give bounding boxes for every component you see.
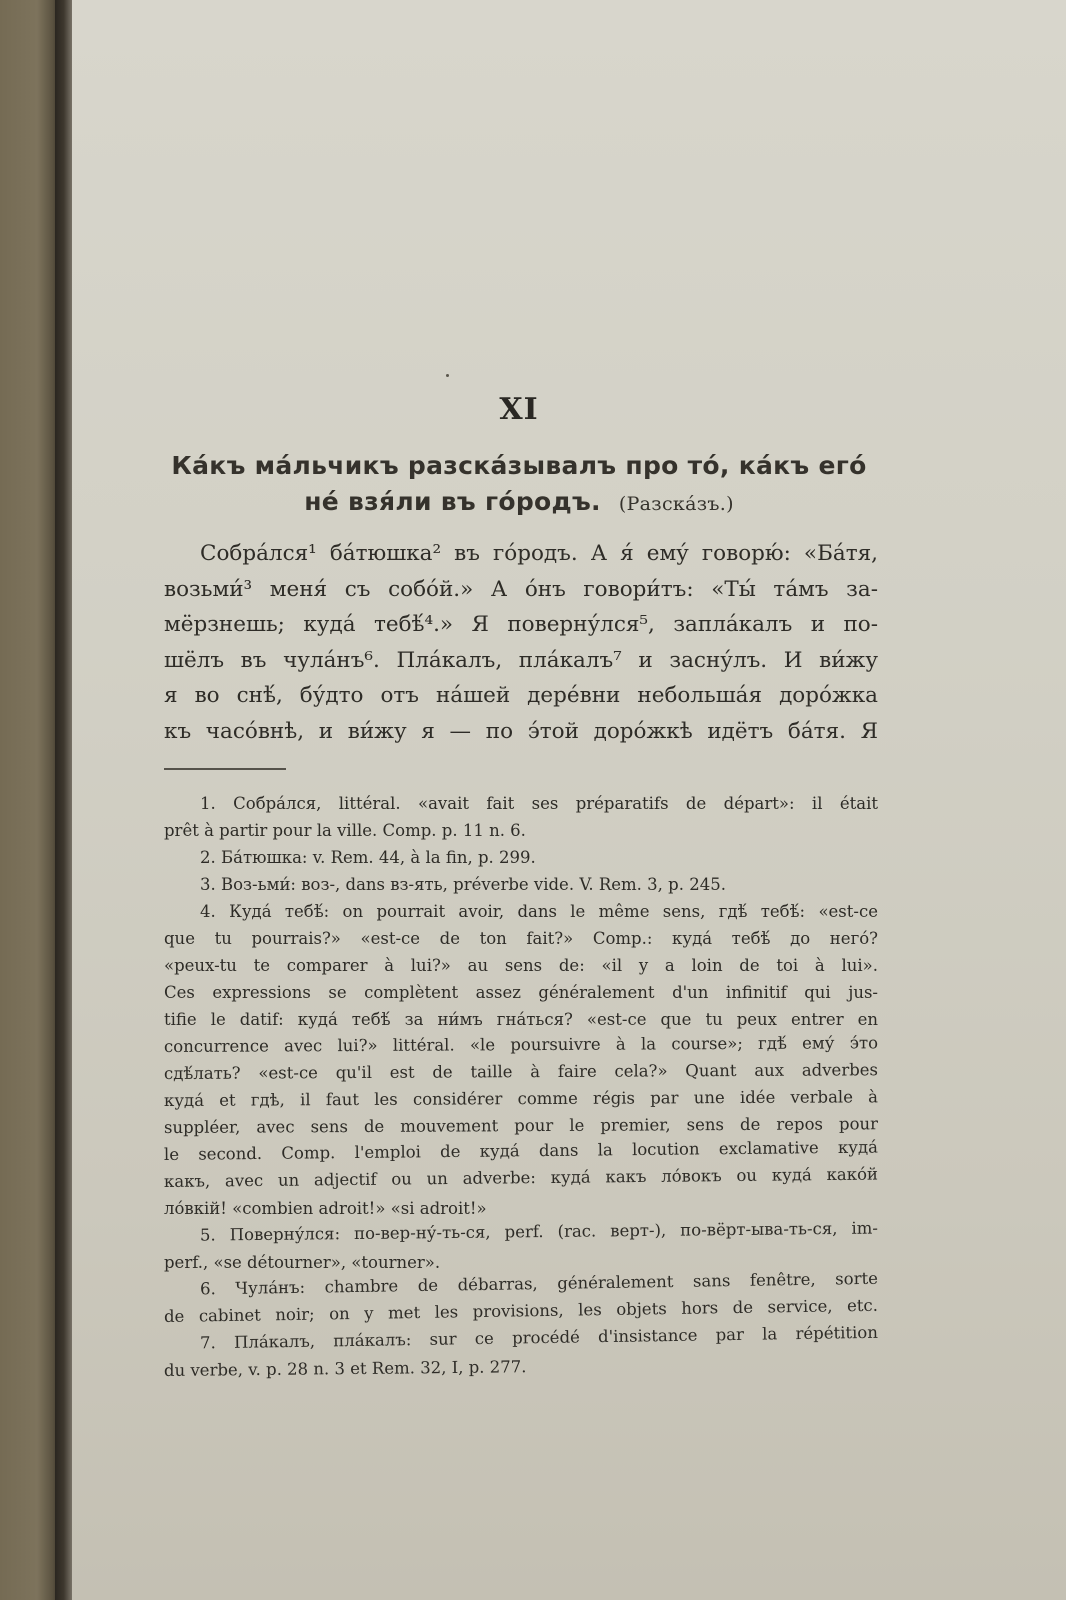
chapter-title-line-2-text: не́ взя́ли въ го́родъ.: [304, 487, 601, 516]
footnote-line: que tu pourrais?» «est-ce de ton fait?» …: [164, 925, 878, 952]
footnote-line: 1. Собра́лся, littéral. «avait fait ses …: [164, 790, 878, 817]
footnote-line: куда́ et гдѣ, il faut les considérer com…: [164, 1083, 878, 1114]
story-line: возьми́³ меня́ съ собо́й.» А о́нъ говори…: [164, 572, 878, 608]
footnote-line: 3. Воз-ьми́: воз-, dans вз-ять, préverbe…: [164, 871, 878, 898]
chapter-title-line-2: не́ взя́ли въ го́родъ.(Разска́зъ.): [164, 484, 874, 522]
footnote-line: сдѣ́лать? «est-ce qu'il est de taille à …: [164, 1056, 878, 1087]
story-line: шёлъ въ чула́нъ⁶. Пла́калъ, пла́калъ⁷ и …: [164, 643, 878, 679]
paper-speck: [446, 374, 449, 377]
book-page: XI Ка́къ ма́льчикъ разска́зывалъ про то́…: [72, 0, 1066, 1600]
footnote-line: 4. Куда́ тебѣ́: on pourrait avoir, dans …: [164, 898, 878, 925]
story-line: Собра́лся¹ ба́тюшка² въ го́родъ. А я́ ем…: [164, 536, 878, 572]
book-spine: [0, 0, 62, 1600]
chapter-title-line-1: Ка́къ ма́льчикъ разска́зывалъ про то́, к…: [164, 448, 874, 484]
chapter-number: XI: [164, 392, 874, 427]
footnote-line: «peux-tu te comparer à lui?» au sens de:…: [164, 952, 878, 979]
footnote-separator: [164, 768, 286, 770]
footnote-line: Ces expressions se complètent assez géné…: [164, 979, 878, 1006]
footnote-line: concurrence avec lui?» littéral. «le pou…: [164, 1029, 878, 1060]
footnotes: 1. Собра́лся, littéral. «avait fait ses …: [164, 790, 878, 1384]
chapter-subtitle: (Разска́зъ.): [619, 493, 734, 515]
footnote-line: prêt à partir pour la ville. Comp. p. 11…: [164, 817, 878, 844]
story-line: я во снѣ́, бу́дто отъ на́шей дере́вни не…: [164, 678, 878, 714]
footnote-line: 2. Ба́тюшка: v. Rem. 44, à la fin, p. 29…: [164, 844, 878, 871]
story-text: Собра́лся¹ ба́тюшка² въ го́родъ. А я́ ем…: [164, 536, 878, 749]
story-line: мёрзнешь; куда́ тебѣ́⁴.» Я поверну́лся⁵,…: [164, 607, 878, 643]
story-line: къ часо́внѣ, и ви́жу я — по э́той доро́ж…: [164, 714, 878, 750]
chapter-title: Ка́къ ма́льчикъ разска́зывалъ про то́, к…: [164, 448, 874, 522]
